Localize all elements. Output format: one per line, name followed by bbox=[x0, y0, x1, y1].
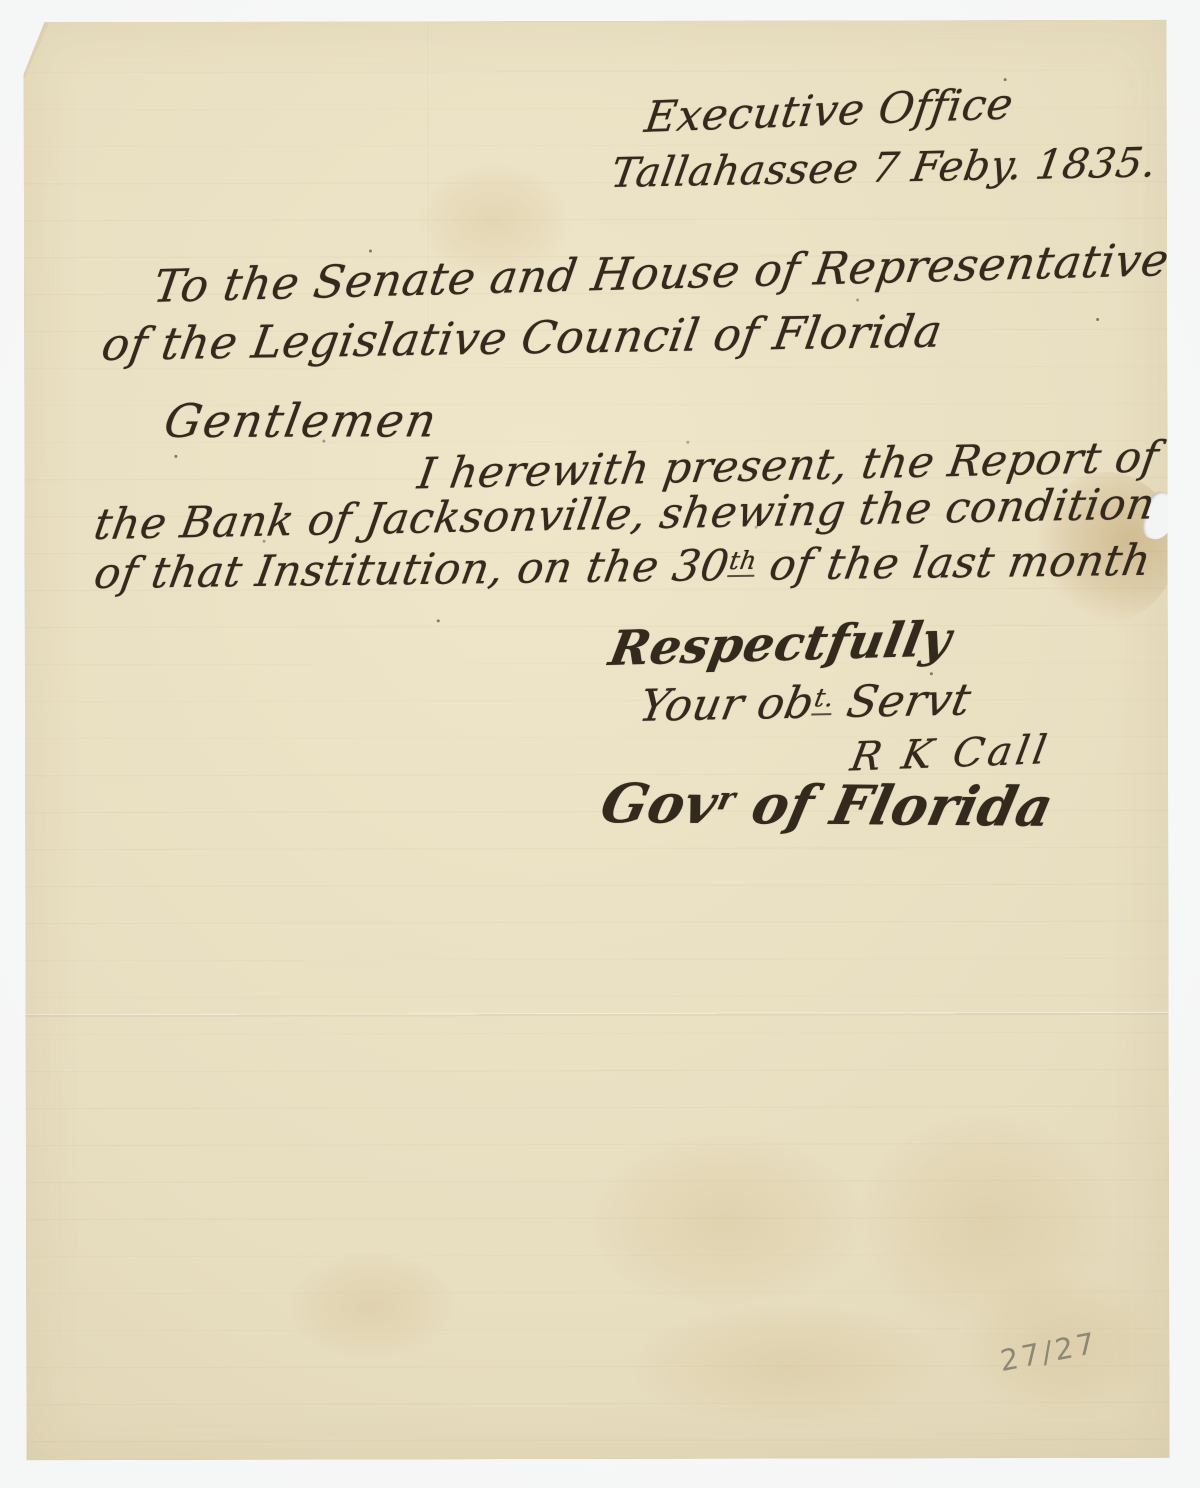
ink-bleedthrough bbox=[626, 1300, 946, 1431]
address-line-1: To the Senate and House of Representativ… bbox=[150, 232, 1196, 312]
closing-servant-text: Your ob bbox=[635, 678, 819, 732]
ink-bleedthrough bbox=[286, 1251, 456, 1361]
heading-office-line: Executive Office bbox=[642, 79, 1017, 143]
closing-respectfully: Respectfully bbox=[605, 611, 956, 677]
ink-bleedthrough bbox=[586, 1130, 866, 1311]
closing-servant-line: Your obt. Servt bbox=[635, 674, 975, 731]
body-line-3-text-end: of the last month bbox=[752, 536, 1155, 591]
ink-speck bbox=[437, 619, 440, 622]
closing-servant-text-end: Servt bbox=[828, 674, 975, 728]
address-line-2: of the Legislative Council of Florida bbox=[98, 305, 946, 371]
body-line-3-text: of that Institution, on the 30 bbox=[91, 541, 733, 599]
salutation: Gentlemen bbox=[160, 393, 442, 448]
signature-title-text: Gov bbox=[595, 771, 724, 836]
pencil-page-annotation: 27/27 bbox=[998, 1325, 1099, 1378]
heading-dateline: Tallahassee 7 Feby. 1835. bbox=[608, 138, 1160, 197]
signature-title-line: Govr of Florida bbox=[595, 771, 1059, 839]
signature-title-text-end: of Florida bbox=[727, 772, 1059, 839]
letter-page: Executive Office Tallahassee 7 Feby. 183… bbox=[23, 20, 1169, 1460]
ink-speck bbox=[1096, 318, 1099, 321]
ink-speck bbox=[369, 249, 372, 252]
ink-bleedthrough bbox=[856, 1110, 1116, 1331]
ink-speck bbox=[856, 298, 859, 301]
horizontal-fold-crease bbox=[26, 1012, 1169, 1017]
ink-speck bbox=[174, 455, 177, 458]
